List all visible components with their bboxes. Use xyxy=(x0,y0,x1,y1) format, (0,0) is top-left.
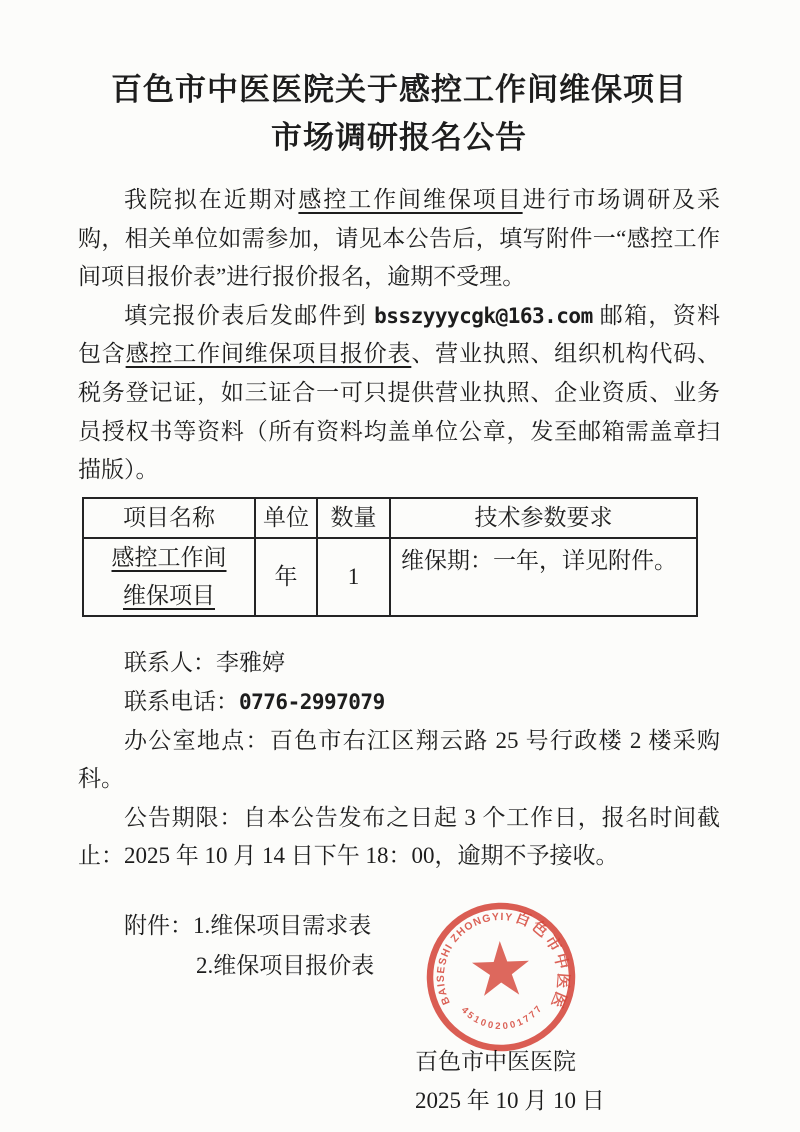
office-address-line: 办公室地点：百色市右江区翔云路 25 号行政楼 2 楼采购科。 xyxy=(78,722,720,799)
signature-date: 2025 年 10 月 10 日 xyxy=(415,1082,720,1121)
attachments-section: 附件：1.维保项目需求表 2.维保项目报价表 xyxy=(78,906,720,986)
document-body: 我院拟在近期对感控工作间维保项目进行市场调研及采购，相关单位如需参加，请见本公告… xyxy=(78,181,720,1120)
contact-person-line: 联系人：李雅婷 xyxy=(78,644,720,683)
contact-phone-line: 联系电话：0776-2997079 xyxy=(78,683,720,722)
attachment-2-text: 2.维保项目报价表 xyxy=(196,953,374,978)
document-title: 百色市中医医院关于感控工作间维保项目 市场调研报名公告 xyxy=(78,66,720,162)
project-name-part2: 维保项目 xyxy=(123,583,215,608)
submission-paragraph: 填完报价表后发邮件到 bsszyyycgk@163.com 邮箱，资料包含感控工… xyxy=(78,297,720,490)
cell-unit: 年 xyxy=(255,538,317,616)
project-name-underlined: 感控工作间维保项目 xyxy=(298,187,522,212)
contact-person-label: 联系人： xyxy=(124,650,216,675)
deadline-section: 公告期限：自本公告发布之日起 3 个工作日，报名时间截止：2025 年 10 月… xyxy=(78,799,720,876)
scanned-announcement-page: 百色市中医医院关于感控工作间维保项目 市场调研报名公告 我院拟在近期对感控工作间… xyxy=(0,0,800,1132)
office-address-label: 办公室地点： xyxy=(124,728,270,753)
intro-paragraph: 我院拟在近期对感控工作间维保项目进行市场调研及采购，相关单位如需参加，请见本公告… xyxy=(78,181,720,297)
cell-quantity: 1 xyxy=(317,538,390,616)
contact-phone-label: 联系电话： xyxy=(124,689,239,714)
attachment-item-1: 附件：1.维保项目需求表 xyxy=(78,906,720,946)
contact-block: 联系人：李雅婷 联系电话：0776-2997079 办公室地点：百色市右江区翔云… xyxy=(78,644,720,798)
cell-tech-spec: 维保期：一年，详见附件。 xyxy=(390,538,697,616)
header-project-name: 项目名称 xyxy=(83,498,255,539)
project-table: 项目名称 单位 数量 技术参数要求 感控工作间 维保项目 年 1 维保期：一年，… xyxy=(82,497,698,618)
header-tech-spec: 技术参数要求 xyxy=(390,498,697,539)
table-row: 感控工作间 维保项目 年 1 维保期：一年，详见附件。 xyxy=(83,538,697,616)
header-quantity: 数量 xyxy=(317,498,390,539)
attachment-1-text: 1.维保项目需求表 xyxy=(193,913,371,938)
email-address: bsszyyycgk@163.com xyxy=(374,304,593,328)
intro-text-pre: 我院拟在近期对 xyxy=(124,187,298,212)
project-name-part1: 感控工作间 xyxy=(112,545,227,570)
quote-sheet-underlined: 感控工作间维保项目报价表 xyxy=(126,341,412,366)
document-title-line1: 百色市中医医院关于感控工作间维保项目 xyxy=(78,66,720,114)
deadline-paragraph: 公告期限：自本公告发布之日起 3 个工作日，报名时间截止：2025 年 10 月… xyxy=(78,799,720,876)
attachment-item-2: 2.维保项目报价表 xyxy=(78,946,720,986)
attachments-label: 附件： xyxy=(124,913,193,938)
official-seal: BAISESHI ZHONGYIYIYUAN 百色市中医医院 451002001… xyxy=(420,896,581,1057)
contact-person-name: 李雅婷 xyxy=(216,650,285,675)
seal-star-icon xyxy=(471,940,530,996)
table-header-row: 项目名称 单位 数量 技术参数要求 xyxy=(83,498,697,539)
submission-text-pre: 填完报价表后发邮件到 xyxy=(124,303,374,328)
contact-phone-number: 0776-2997079 xyxy=(239,690,385,714)
header-unit: 单位 xyxy=(255,498,317,539)
cell-project-name: 感控工作间 维保项目 xyxy=(83,538,255,616)
document-title-line2: 市场调研报名公告 xyxy=(78,114,720,162)
